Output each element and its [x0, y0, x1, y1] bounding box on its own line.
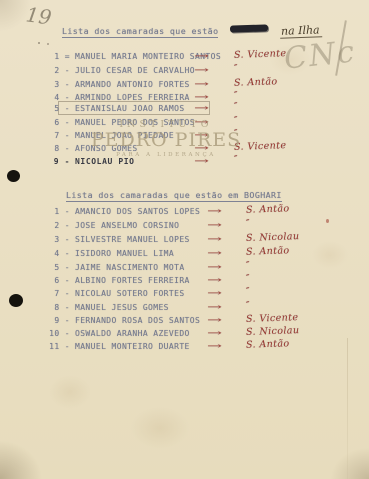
list-item: 6 -ALBINO FORTES FERREIRA → ″	[44, 276, 364, 288]
item-number: 5 -	[44, 263, 70, 272]
item-number: 6 -	[44, 118, 70, 127]
arrow-icon: →	[207, 220, 223, 231]
island-annotation: S. Vicente	[234, 140, 287, 153]
hole-punch-bottom	[9, 294, 23, 307]
list-item: 2 -JOSE ANSELMO CORSINO → ″	[44, 221, 364, 233]
arrow-icon: →	[194, 79, 210, 90]
item-name: JULIO CESAR DE CARVALHO	[75, 66, 195, 75]
item-name: ARMANDO ANTONIO FORTES	[75, 80, 190, 89]
list1-title-handwritten: na Ilha	[280, 23, 322, 38]
island-annotation: ″	[234, 154, 238, 165]
arrow-icon: →	[207, 315, 223, 326]
list2-title-typed: Lista dos camaradas que estão em BOGHARI	[66, 190, 282, 202]
island-annotation: ″	[234, 128, 238, 139]
item-name: MANUEL JOAO PIEDADE	[75, 131, 174, 140]
arrow-icon: →	[194, 143, 210, 154]
island-annotation: S. Antão	[234, 76, 278, 89]
arrow-icon: →	[207, 275, 223, 286]
island-annotation: ″	[246, 260, 250, 271]
list-item: 5 -JAIME NASCIMENTO MOTA → ″	[44, 263, 364, 275]
item-name: ALBINO FORTES FERREIRA	[75, 276, 190, 285]
item-name: MANUEL PEDRO DOS SANTOS	[75, 118, 195, 127]
list-item: 1 =MANUEL MARIA MONTEIRO SANTOS → S. Vic…	[44, 52, 364, 64]
list-item: 11 -MANUEL MONTEIRO DUARTE → S. Antão	[44, 342, 364, 354]
arrow-icon: →	[207, 234, 223, 245]
item-name: NICOLAU PIO	[75, 157, 135, 166]
list-item: 10 -OSWALDO ARANHA AZEVEDO → S. Nicolau	[44, 329, 364, 341]
arrow-icon: →	[207, 248, 223, 259]
item-number: 10 -	[44, 329, 70, 338]
island-annotation: ″	[246, 300, 250, 311]
arrow-icon: →	[194, 156, 210, 167]
arrow-icon: →	[194, 103, 210, 114]
item-name: JAIME NASCIMENTO MOTA	[75, 263, 185, 272]
island-annotation: ″	[246, 273, 250, 284]
item-name: FERNANDO ROSA DOS SANTOS	[75, 316, 200, 325]
item-number: 2 -	[44, 66, 70, 75]
item-number: 3 -	[44, 235, 70, 244]
list-item: 1 -AMANCIO DOS SANTOS LOPES → S. Antão	[44, 207, 364, 219]
item-number: 6 -	[44, 276, 70, 285]
list2-title: Lista dos camaradas que estão em BOGHARI	[66, 183, 282, 202]
item-number: 1 =	[44, 52, 70, 61]
arrow-icon: →	[207, 302, 223, 313]
item-number: 5 -	[44, 104, 70, 113]
arrow-icon: →	[207, 206, 223, 217]
island-annotation: ″	[234, 63, 238, 74]
arrow-icon: →	[207, 262, 223, 273]
item-number: 8 -	[44, 144, 70, 153]
item-name: MANUEL MONTEIRO DUARTE	[75, 342, 190, 351]
island-annotation: S. Vicente	[234, 48, 287, 61]
island-annotation: S. Antão	[246, 245, 290, 258]
item-number: 11 -	[44, 342, 70, 351]
item-name: AMANCIO DOS SANTOS LOPES	[75, 207, 200, 216]
island-annotation: S. Vicente	[246, 312, 299, 325]
list-item: 8 -AFONSO GOMES → S. Vicente	[44, 144, 364, 156]
arrow-icon: →	[194, 51, 210, 62]
list-item: 4 -ISIDORO MANUEL LIMA → S. Antão	[44, 249, 364, 261]
hole-punch-top	[7, 170, 20, 182]
blacked-out-word	[230, 24, 268, 32]
island-annotation: ″	[246, 218, 250, 229]
list-item: 9 -NICOLAU PIO → ″	[44, 157, 364, 169]
item-number: 9 -	[44, 316, 70, 325]
item-name: OSWALDO ARANHA AZEVEDO	[75, 329, 190, 338]
arrow-icon: →	[194, 117, 210, 128]
list-item: 3 -ARMANDO ANTONIO FORTES → S. Antão	[44, 80, 364, 92]
list-item: 3 -SILVESTRE MANUEL LOPES → S. Nicolau	[44, 235, 364, 247]
scanned-document-page: 19 CNc Lista dos camaradas que estão na …	[0, 0, 369, 479]
list-item: 7 -MANUEL JOAO PIEDADE → ″	[44, 131, 364, 143]
list-item: 8 -MANUEL JESUS GOMES → ″	[44, 303, 364, 315]
list-item: 7 -NICOLAU SOTERO FORTES → ″	[44, 289, 364, 301]
island-annotation: ″	[234, 115, 238, 126]
paper-speck	[38, 42, 40, 44]
island-annotation: S. Nicolau	[246, 231, 300, 244]
ink-speck	[326, 219, 329, 223]
island-annotation: ″	[234, 101, 238, 112]
arrow-icon: →	[194, 130, 210, 141]
arrow-icon: →	[194, 65, 210, 76]
item-name: ISIDORO MANUEL LIMA	[75, 249, 174, 258]
list1-title-typed: Lista dos camaradas que estão	[62, 26, 218, 38]
list-item: 9 -FERNANDO ROSA DOS SANTOS → S. Vicente	[44, 316, 364, 328]
island-annotation: ″	[234, 90, 238, 101]
item-number: 4 -	[44, 249, 70, 258]
item-name: AFONSO GOMES	[75, 144, 138, 153]
island-annotation: S. Nicolau	[246, 325, 300, 338]
pencil-note-top-left: 19	[24, 2, 53, 29]
item-number: 3 -	[44, 80, 70, 89]
item-number: 1 -	[44, 207, 70, 216]
item-number: 7 -	[44, 289, 70, 298]
item-number: 9 -	[44, 157, 70, 166]
arrow-icon: →	[207, 288, 223, 299]
list1-title: Lista dos camaradas que estão na Ilha	[62, 19, 321, 38]
list-item: 5 -ESTANISLAU JOAO RAMOS → ″	[44, 104, 364, 116]
list-item: 6 -MANUEL PEDRO DOS SANTOS → ″	[44, 118, 364, 130]
island-annotation: S. Antão	[246, 338, 290, 351]
item-name: SILVESTRE MANUEL LOPES	[75, 235, 190, 244]
item-name: NICOLAU SOTERO FORTES	[75, 289, 185, 298]
item-number: 8 -	[44, 303, 70, 312]
list-item: 2 -JULIO CESAR DE CARVALHO → ″	[44, 66, 364, 78]
item-number: 2 -	[44, 221, 70, 230]
item-name: MANUEL JESUS GOMES	[75, 303, 169, 312]
island-annotation: ″	[246, 286, 250, 297]
item-name: JOSE ANSELMO CORSINO	[75, 221, 179, 230]
item-number: 7 -	[44, 131, 70, 140]
paper-crease	[347, 338, 348, 479]
item-name: ESTANISLAU JOAO RAMOS	[75, 104, 185, 113]
arrow-icon: →	[207, 341, 223, 352]
arrow-icon: →	[207, 328, 223, 339]
island-annotation: S. Antão	[246, 203, 290, 216]
